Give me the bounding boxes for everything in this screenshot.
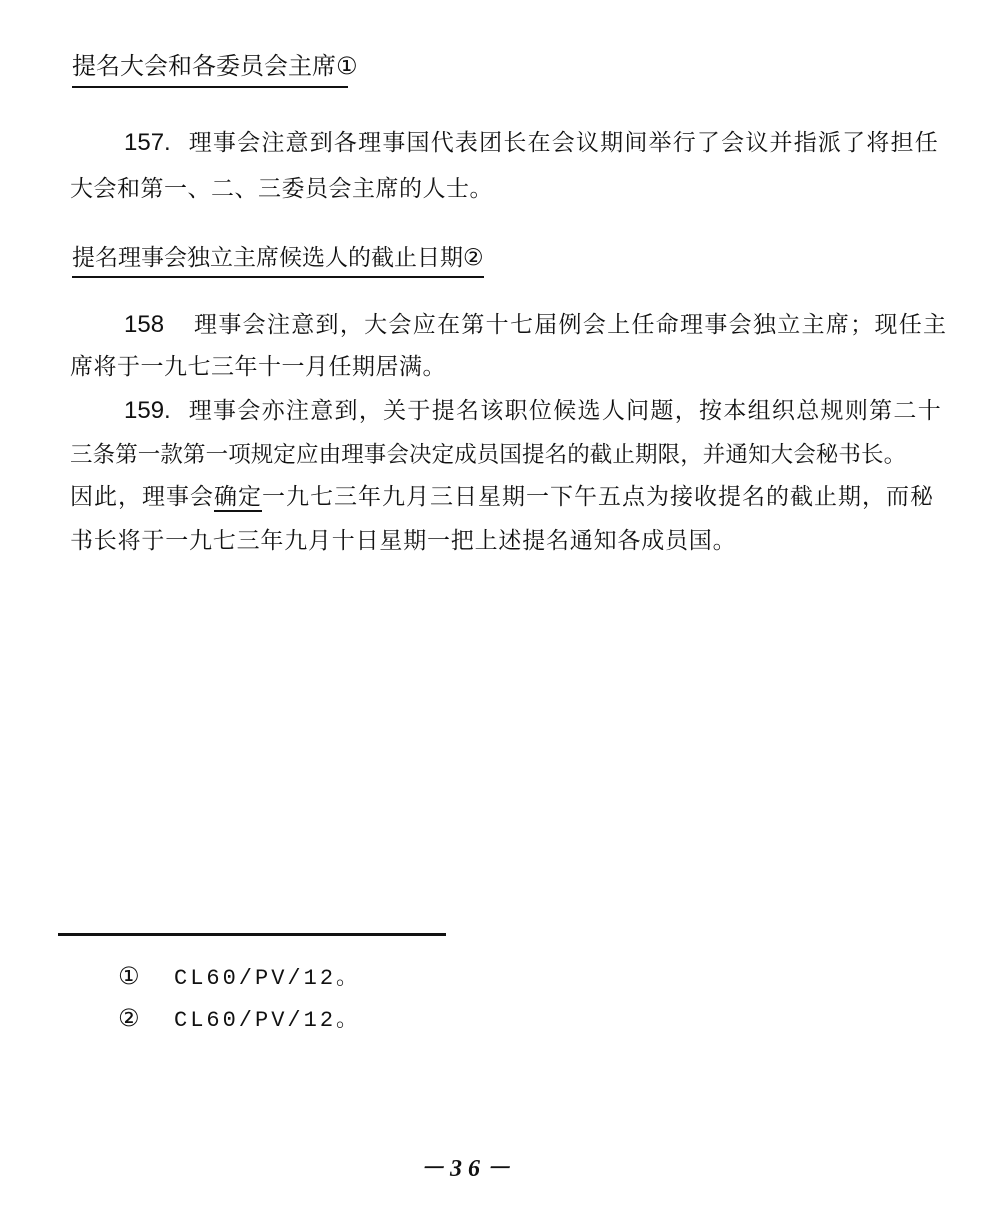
paragraph-158-line-2: 席将于一九七三年十一月任期居满。 [70,352,446,382]
page-number: －36－ [0,1148,936,1183]
paragraph-159-line-1: 159.理事会亦注意到，关于提名该职位候选人问题，按本组织总规则第二十 [124,396,942,426]
paragraph-158-line-1: 158理事会注意到，大会应在第十七届例会上任命理事会独立主席；现任主 [124,310,947,340]
paragraph-number: 158 [124,311,164,338]
document-page: 提名大会和各委员会主席① 157.理事会注意到各理事国代表团长在会议期间举行了会… [0,0,1000,1226]
paragraph-text: 理事会注意到各理事国代表团长在会议期间举行了会议并指派了将担任 [189,130,939,156]
section-heading-nomination-chairs: 提名大会和各委员会主席① [72,50,358,82]
paragraph-157-line-1: 157.理事会注意到各理事国代表团长在会议期间举行了会议并指派了将担任 [124,128,939,158]
footnote-marker: ② [118,1004,174,1032]
paragraph-159-line-4: 书长将于一九七三年九月十日星期一把上述提名通知各成员国。 [70,526,736,556]
paragraph-157-line-2: 大会和第一、二、三委员会主席的人士。 [70,174,493,204]
paragraph-text: 因此，理事会 [70,484,214,510]
paragraph-text: 一九七三年九月三日星期一下午五点为接收提名的截止期，而秘 [262,484,934,510]
heading-underline [72,276,484,278]
heading-underline [72,86,348,88]
paragraph-number: 157. [124,129,171,156]
footnote-marker: ① [118,962,174,990]
footnote-separator [58,933,446,936]
paragraph-text: 理事会亦注意到，关于提名该职位候选人问题，按本组织总规则第二十 [189,398,942,424]
paragraph-159-line-3: 因此，理事会确定一九七三年九月三日星期一下午五点为接收提名的截止期，而秘 [70,482,934,512]
paragraph-number: 159. [124,397,171,424]
footnote-reference: CL60/PV/12。 [174,966,361,991]
paragraph-text: 理事会注意到，大会应在第十七届例会上任命理事会独立主席；现任主 [194,312,947,338]
underlined-word: 确定 [214,484,262,510]
paragraph-159-line-2: 三条第一款第一项规定应由理事会决定成员国提名的截止期限，并通知大会秘书长。 [70,440,906,470]
footnote-reference: CL60/PV/12。 [174,1008,361,1033]
footnote-2: ②CL60/PV/12。 [118,1004,361,1035]
footnote-1: ①CL60/PV/12。 [118,962,361,993]
section-heading-nomination-deadline: 提名理事会独立主席候选人的截止日期② [72,242,484,274]
